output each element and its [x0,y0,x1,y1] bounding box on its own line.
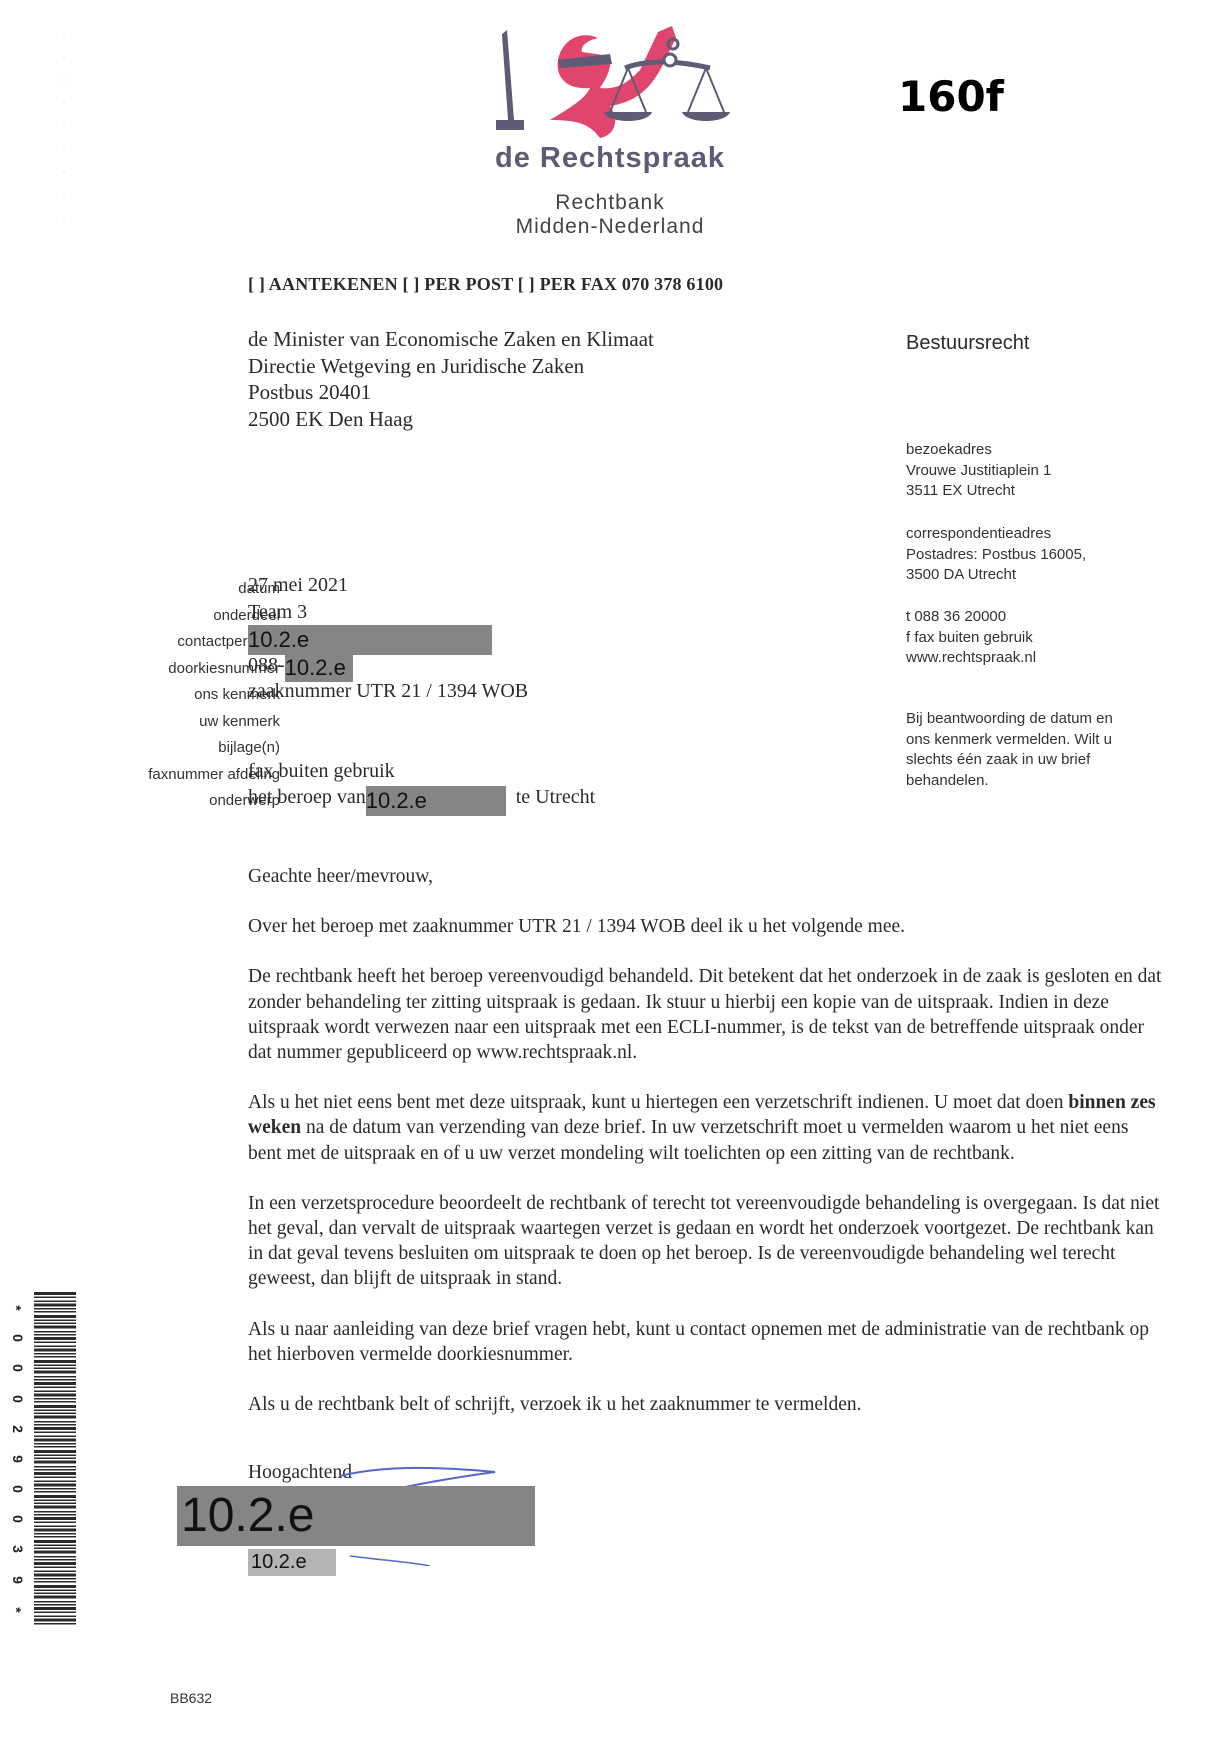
meta-value: zaaknummer UTR 21 / 1394 WOB [248,680,528,703]
lady-justice-logo-icon [480,20,740,140]
reply-note-line: behandelen. [906,771,1113,792]
meta-value: 088-10.2.e [248,654,353,682]
footer-code: BB632 [170,1690,212,1706]
margin-scribbles: ········· [62,22,92,229]
correspondence-postbus: Postadres: Postbus 16005, [906,545,1086,566]
name-redaction: 10.2.e [248,1549,336,1576]
meta-row-onderwerp: onderwerp het beroep van10.2.e te Utrech… [60,786,660,813]
correspondence-label: correspondentieadres [906,524,1086,545]
court-name: Rechtbank Midden-Nederland [420,191,800,239]
meta-row-contactpersoon: contactpersoon 10.2.e [60,627,660,654]
paragraph-3-text: Als u het niet eens bent met deze uitspr… [248,1092,1068,1113]
recipient-address: de Minister van Economische Zaken en Kli… [248,326,654,432]
visit-address-label: bezoekadres [906,440,1051,461]
barcode-digit: 9 [10,1455,26,1463]
reply-note-line: slechts één zaak in uw brief [906,750,1113,771]
signature-redaction: 10.2.e [177,1486,535,1546]
paragraph-3-text: na de datum van verzending van deze brie… [248,1117,1128,1163]
barcode-digit: 0 [10,1334,26,1342]
visit-address-city: 3511 EX Utrecht [906,481,1051,502]
meta-row-doorkiesnummer: doorkiesnummer 088-10.2.e [60,654,660,681]
meta-value: het beroep van10.2.e te Utrecht [248,786,595,816]
document-number: 160f [898,72,1004,121]
reply-note-line: ons kenmerk vermelden. Wilt u [906,730,1113,751]
correspondence-city: 3500 DA Utrecht [906,565,1086,586]
meta-row-ons-kenmerk: ons kenmerk zaaknummer UTR 21 / 1394 WOB [60,680,660,707]
recipient-line: Postbus 20401 [248,379,654,406]
barcode-digit: * [9,1607,25,1612]
website-link[interactable]: www.rechtspraak.nl [906,648,1036,669]
contact-info: t 088 36 20000 f fax buiten gebruik www.… [906,607,1036,669]
fax-number: f fax buiten gebruik [906,628,1036,649]
meta-row-uw-kenmerk: uw kenmerk [60,707,660,734]
department: Bestuursrecht [906,332,1029,355]
paragraph-2: De rechtbank heeft het beroep vereenvoud… [248,964,1163,1065]
meta-row-onderdeel: onderdeel Team 3 [60,601,660,628]
barcode-digit: 3 [10,1546,26,1554]
reply-note-line: Bij beantwoording de datum en [906,709,1113,730]
paragraph-6: Als u de rechtbank belt of schrijft, ver… [248,1392,1163,1417]
paragraph-3: Als u het niet eens bent met deze uitspr… [248,1090,1163,1166]
subject-prefix: het beroep van [248,786,366,808]
redaction-block: 10.2.e [366,786,506,816]
barcode-digit: 9 [10,1576,26,1584]
letter-body: Geachte heer/mevrouw, Over het beroep me… [248,864,1163,1442]
recipient-line: de Minister van Economische Zaken en Kli… [248,326,654,353]
barcode-digit: 2 [10,1425,26,1433]
paragraph-5: Als u naar aanleiding van deze brief vra… [248,1317,1163,1367]
meta-row-faxnummer: faxnummer afdeling fax buiten gebruik [60,760,660,787]
visit-address-street: Vrouwe Justitiaplein 1 [906,461,1051,482]
barcode-digit: 0 [10,1395,26,1403]
redaction-block: 10.2.e [285,654,353,682]
phone-number: t 088 36 20000 [906,607,1036,628]
meta-value: fax buiten gebruik [248,760,395,783]
barcode-digit: 0 [10,1515,26,1523]
meta-label: bijlage(n) [80,739,280,756]
delivery-method-line: [ ] AANTEKENEN [ ] PER POST [ ] PER FAX … [248,274,723,295]
meta-row-bijlagen: bijlage(n) [60,733,660,760]
brand-name: de Rechtspraak [420,142,800,175]
phone-prefix: 088- [248,654,285,676]
visit-address: bezoekadres Vrouwe Justitiaplein 1 3511 … [906,440,1051,502]
paragraph-4: In een verzetsprocedure beoordeelt de re… [248,1191,1163,1292]
paragraph-1: Over het beroep met zaaknummer UTR 21 / … [248,914,1163,939]
redaction-block: 10.2.e [248,625,492,655]
barcode-digit: 0 [10,1485,26,1493]
barcode-digit: 0 [10,1364,26,1372]
barcode-icon [18,1288,78,1628]
recipient-line: Directie Wetgeving en Juridische Zaken [248,353,654,380]
meta-label: uw kenmerk [80,713,280,730]
subject-suffix: te Utrecht [516,786,595,808]
court-line-1: Rechtbank [420,191,800,215]
meta-value: Team 3 [248,601,307,624]
reply-note: Bij beantwoording de datum en ons kenmer… [906,709,1113,791]
meta-value: 10.2.e [248,627,492,655]
recipient-line: 2500 EK Den Haag [248,406,654,433]
barcode-digit: * [9,1305,25,1310]
correspondence-address: correspondentieadres Postadres: Postbus … [906,524,1086,586]
greeting: Geachte heer/mevrouw, [248,864,1163,889]
court-line-2: Midden-Nederland [420,215,800,239]
meta-row-datum: datum 27 mei 2021 [60,574,660,601]
meta-value: 27 mei 2021 [248,574,348,597]
